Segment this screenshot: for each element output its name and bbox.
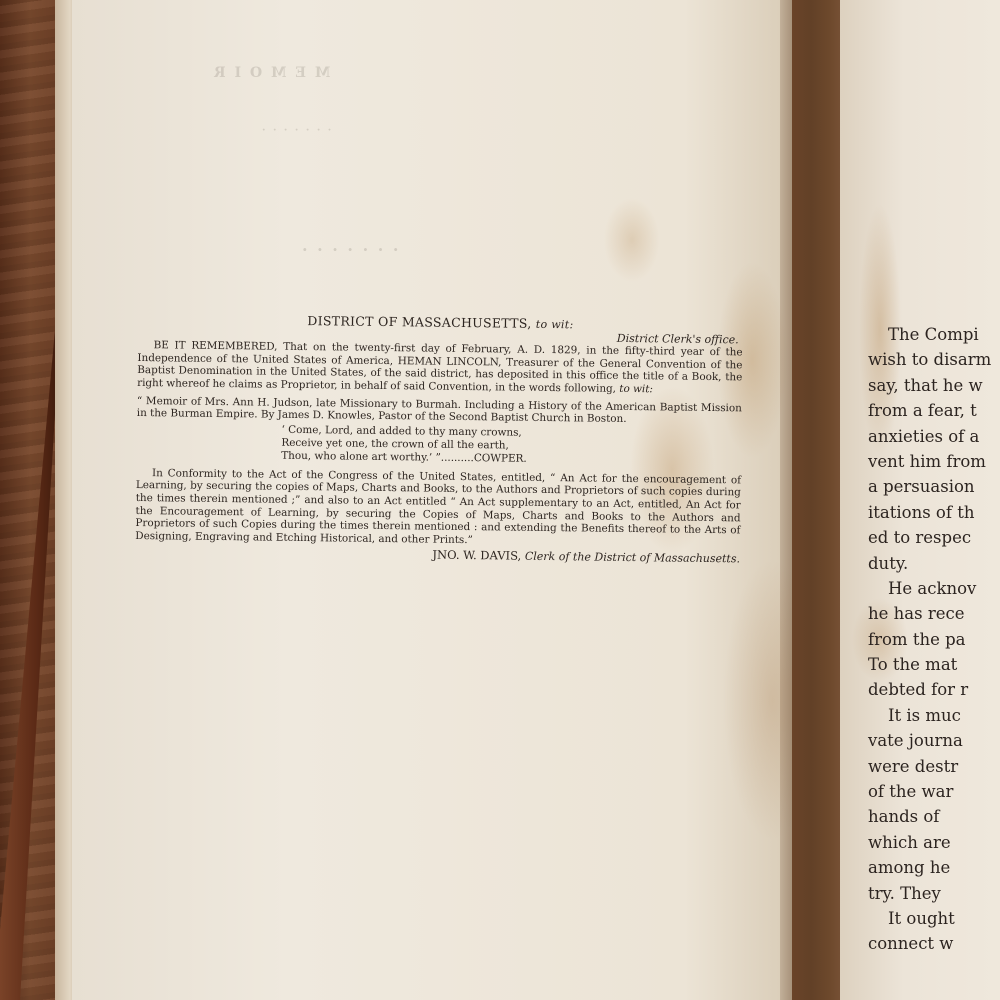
preface-line: It is muc xyxy=(868,703,1000,728)
preface-line: itations of th xyxy=(868,500,1000,525)
preface-line: a persuasion xyxy=(868,474,1000,499)
preface-line: ed to respec xyxy=(868,525,1000,550)
preface-line: he has rece xyxy=(868,601,1000,626)
preface-line: connect w xyxy=(868,931,1000,956)
preface-line: To the mat xyxy=(868,652,1000,677)
preface-line: among he xyxy=(868,855,1000,880)
show-through-heading: · · · · · · · xyxy=(302,240,400,259)
preface-line: vent him from xyxy=(868,449,1000,474)
book-title-quote: “ Memoir of Mrs. Ann H. Judson, late Mis… xyxy=(137,395,742,428)
preface-line: which are xyxy=(868,830,1000,855)
copyright-notice: DISTRICT OF MASSACHUSETTS, to wit: Distr… xyxy=(135,313,743,566)
registration-paragraph: BE IT REMEMBERED, That on the twenty-fir… xyxy=(137,339,743,397)
conformity-paragraph: In Conformity to the Act of the Congress… xyxy=(135,467,741,550)
show-through-title: M E M O I R xyxy=(212,65,330,81)
preface-line: anxieties of a xyxy=(868,424,1000,449)
preface-line: hands of xyxy=(868,804,1000,829)
cowper-verse: ‘ Come, Lord, and added to thy many crow… xyxy=(281,424,741,469)
preface-line: The Compi xyxy=(868,322,1000,347)
show-through-subtitle: · · · · · · · xyxy=(262,125,333,136)
preface-line: debted for r xyxy=(868,677,1000,702)
preface-line: It ought xyxy=(868,906,1000,931)
preface-line: try. They xyxy=(868,881,1000,906)
preface-line: from a fear, t xyxy=(868,398,1000,423)
preface-line: of the war xyxy=(868,779,1000,804)
preface-line: were destr xyxy=(868,754,1000,779)
preface-line: vate journa xyxy=(868,728,1000,753)
preface-line: wish to disarm xyxy=(868,347,1000,372)
preface-line: duty. xyxy=(868,551,1000,576)
preface-line: He acknov xyxy=(868,576,1000,601)
preface-line: from the pa xyxy=(868,627,1000,652)
preface-line: say, that he w xyxy=(868,373,1000,398)
preface-text: The Compiwish to disarmsay, that he wfro… xyxy=(868,322,1000,957)
